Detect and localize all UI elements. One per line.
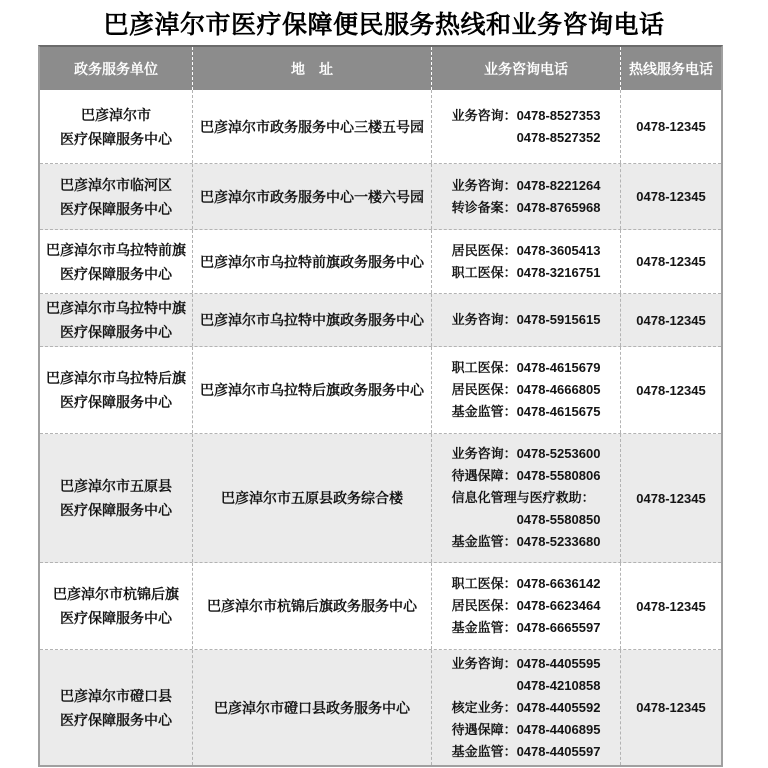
address-cell: 巴彦淖尔市乌拉特后旗政务服务中心 <box>193 347 432 433</box>
phone-line: 转诊备案：0478-8765968 <box>452 197 601 219</box>
phone-line: 核定业务：0478-4405592 <box>452 697 601 719</box>
phone-list: 职工医保：0478-4615679 居民医保：0478-4666805 基金监管… <box>452 357 601 423</box>
table-row: 巴彦淖尔市乌拉特中旗 医疗保障服务中心 巴彦淖尔市乌拉特中旗政务服务中心 业务咨… <box>40 294 721 347</box>
unit-name-line: 巴彦淖尔市乌拉特后旗 <box>46 366 186 390</box>
unit-cell: 巴彦淖尔市乌拉特后旗 医疗保障服务中心 <box>40 347 193 433</box>
phone-cell: 职工医保：0478-4615679 居民医保：0478-4666805 基金监管… <box>432 347 621 433</box>
page-title: 巴彦淖尔市医疗保障便民服务热线和业务咨询电话 <box>0 5 768 41</box>
hotline-cell: 0478-12345 <box>621 90 721 163</box>
hotline-cell: 0478-12345 <box>621 347 721 433</box>
header-unit: 政务服务单位 <box>40 47 193 90</box>
phone-list: 职工医保：0478-6636142 居民医保：0478-6623464 基金监管… <box>452 573 601 639</box>
table-row: 巴彦淖尔市乌拉特后旗 医疗保障服务中心 巴彦淖尔市乌拉特后旗政务服务中心 职工医… <box>40 347 721 434</box>
phone-line: 居民医保：0478-4666805 <box>452 379 601 401</box>
hotline-cell: 0478-12345 <box>621 294 721 346</box>
unit-cell: 巴彦淖尔市临河区 医疗保障服务中心 <box>40 164 193 229</box>
phone-list: 业务咨询：0478-8221264 转诊备案：0478-8765968 <box>452 175 601 219</box>
unit-name-line: 医疗保障服务中心 <box>60 320 172 344</box>
hotline-cell: 0478-12345 <box>621 563 721 649</box>
phone-cell: 业务咨询：0478-5915615 <box>432 294 621 346</box>
phone-line: 职工医保：0478-3216751 <box>452 262 601 284</box>
header-consult-phone: 业务咨询电话 <box>432 47 621 90</box>
phone-line: 0478-4210858 <box>452 675 601 697</box>
phone-cell: 业务咨询：0478-5253600 待遇保障：0478-5580806 信息化管… <box>432 434 621 562</box>
phone-line: 业务咨询：0478-5915615 <box>452 309 601 331</box>
unit-name-line: 医疗保障服务中心 <box>60 127 172 151</box>
unit-name-line: 医疗保障服务中心 <box>60 390 172 414</box>
page: 巴彦淖尔市医疗保障便民服务热线和业务咨询电话 政务服务单位 地 址 业务咨询电话… <box>0 0 768 768</box>
unit-cell: 巴彦淖尔市磴口县 医疗保障服务中心 <box>40 650 193 765</box>
address-cell: 巴彦淖尔市五原县政务综合楼 <box>193 434 432 562</box>
phone-list: 居民医保：0478-3605413 职工医保：0478-3216751 <box>452 240 601 284</box>
table-row: 巴彦淖尔市 医疗保障服务中心 巴彦淖尔市政务服务中心三楼五号园 业务咨询：047… <box>40 90 721 164</box>
phone-cell: 业务咨询：0478-8527353 0478-8527352 <box>432 90 621 163</box>
table-header-row: 政务服务单位 地 址 业务咨询电话 热线服务电话 <box>40 47 721 90</box>
unit-name-line: 医疗保障服务中心 <box>60 498 172 522</box>
phone-line: 居民医保：0478-3605413 <box>452 240 601 262</box>
unit-name-line: 巴彦淖尔市五原县 <box>60 474 172 498</box>
phone-line: 居民医保：0478-6623464 <box>452 595 601 617</box>
header-address: 地 址 <box>193 47 432 90</box>
table-row: 巴彦淖尔市磴口县 医疗保障服务中心 巴彦淖尔市磴口县政务服务中心 业务咨询：04… <box>40 650 721 765</box>
phone-line: 业务咨询：0478-5253600 <box>452 443 601 465</box>
address-cell: 巴彦淖尔市政务服务中心三楼五号园 <box>193 90 432 163</box>
phone-list: 业务咨询：0478-5915615 <box>452 309 601 331</box>
phone-cell: 业务咨询：0478-4405595 0478-4210858 核定业务：0478… <box>432 650 621 765</box>
unit-name-line: 医疗保障服务中心 <box>60 197 172 221</box>
unit-cell: 巴彦淖尔市乌拉特中旗 医疗保障服务中心 <box>40 294 193 346</box>
hotline-cell: 0478-12345 <box>621 650 721 765</box>
address-cell: 巴彦淖尔市乌拉特中旗政务服务中心 <box>193 294 432 346</box>
phone-line: 职工医保：0478-6636142 <box>452 573 601 595</box>
phone-cell: 居民医保：0478-3605413 职工医保：0478-3216751 <box>432 230 621 293</box>
unit-name-line: 巴彦淖尔市临河区 <box>60 173 172 197</box>
unit-cell: 巴彦淖尔市乌拉特前旗 医疗保障服务中心 <box>40 230 193 293</box>
unit-cell: 巴彦淖尔市 医疗保障服务中心 <box>40 90 193 163</box>
table-row: 巴彦淖尔市临河区 医疗保障服务中心 巴彦淖尔市政务服务中心一楼六号园 业务咨询：… <box>40 164 721 230</box>
phone-line: 待遇保障：0478-4406895 <box>452 719 601 741</box>
table-row: 巴彦淖尔市五原县 医疗保障服务中心 巴彦淖尔市五原县政务综合楼 业务咨询：047… <box>40 434 721 563</box>
phone-line: 0478-5580850 <box>452 509 601 531</box>
phone-list: 业务咨询：0478-4405595 0478-4210858 核定业务：0478… <box>452 653 601 763</box>
phone-line: 基金监管：0478-6665597 <box>452 617 601 639</box>
unit-name-line: 巴彦淖尔市乌拉特中旗 <box>46 296 186 320</box>
phone-line: 0478-8527352 <box>452 127 601 149</box>
phone-list: 业务咨询：0478-5253600 待遇保障：0478-5580806 信息化管… <box>452 443 601 553</box>
phone-cell: 业务咨询：0478-8221264 转诊备案：0478-8765968 <box>432 164 621 229</box>
hotline-cell: 0478-12345 <box>621 164 721 229</box>
unit-name-line: 医疗保障服务中心 <box>60 262 172 286</box>
phone-line: 职工医保：0478-4615679 <box>452 357 601 379</box>
unit-name-line: 巴彦淖尔市 <box>81 103 151 127</box>
unit-name-line: 巴彦淖尔市乌拉特前旗 <box>46 238 186 262</box>
phone-line: 基金监管：0478-4405597 <box>452 741 601 763</box>
unit-cell: 巴彦淖尔市杭锦后旗 医疗保障服务中心 <box>40 563 193 649</box>
phone-line: 待遇保障：0478-5580806 <box>452 465 601 487</box>
address-cell: 巴彦淖尔市磴口县政务服务中心 <box>193 650 432 765</box>
phone-line: 业务咨询：0478-4405595 <box>452 653 601 675</box>
table-row: 巴彦淖尔市乌拉特前旗 医疗保障服务中心 巴彦淖尔市乌拉特前旗政务服务中心 居民医… <box>40 230 721 294</box>
address-cell: 巴彦淖尔市政务服务中心一楼六号园 <box>193 164 432 229</box>
phone-line: 业务咨询：0478-8221264 <box>452 175 601 197</box>
phone-list: 业务咨询：0478-8527353 0478-8527352 <box>452 105 601 149</box>
header-hotline-phone: 热线服务电话 <box>621 47 721 90</box>
phone-line: 基金监管：0478-5233680 <box>452 531 601 553</box>
phone-line: 业务咨询：0478-8527353 <box>452 105 601 127</box>
table-row: 巴彦淖尔市杭锦后旗 医疗保障服务中心 巴彦淖尔市杭锦后旗政务服务中心 职工医保：… <box>40 563 721 650</box>
phone-cell: 职工医保：0478-6636142 居民医保：0478-6623464 基金监管… <box>432 563 621 649</box>
phone-line: 基金监管：0478-4615675 <box>452 401 601 423</box>
unit-name-line: 医疗保障服务中心 <box>60 606 172 630</box>
unit-name-line: 巴彦淖尔市杭锦后旗 <box>53 582 179 606</box>
hotline-cell: 0478-12345 <box>621 230 721 293</box>
unit-cell: 巴彦淖尔市五原县 医疗保障服务中心 <box>40 434 193 562</box>
address-cell: 巴彦淖尔市杭锦后旗政务服务中心 <box>193 563 432 649</box>
service-phone-table: 政务服务单位 地 址 业务咨询电话 热线服务电话 巴彦淖尔市 医疗保障服务中心 … <box>38 45 723 767</box>
unit-name-line: 医疗保障服务中心 <box>60 708 172 732</box>
address-cell: 巴彦淖尔市乌拉特前旗政务服务中心 <box>193 230 432 293</box>
phone-line: 信息化管理与医疗救助： <box>452 487 601 509</box>
unit-name-line: 巴彦淖尔市磴口县 <box>60 684 172 708</box>
hotline-cell: 0478-12345 <box>621 434 721 562</box>
